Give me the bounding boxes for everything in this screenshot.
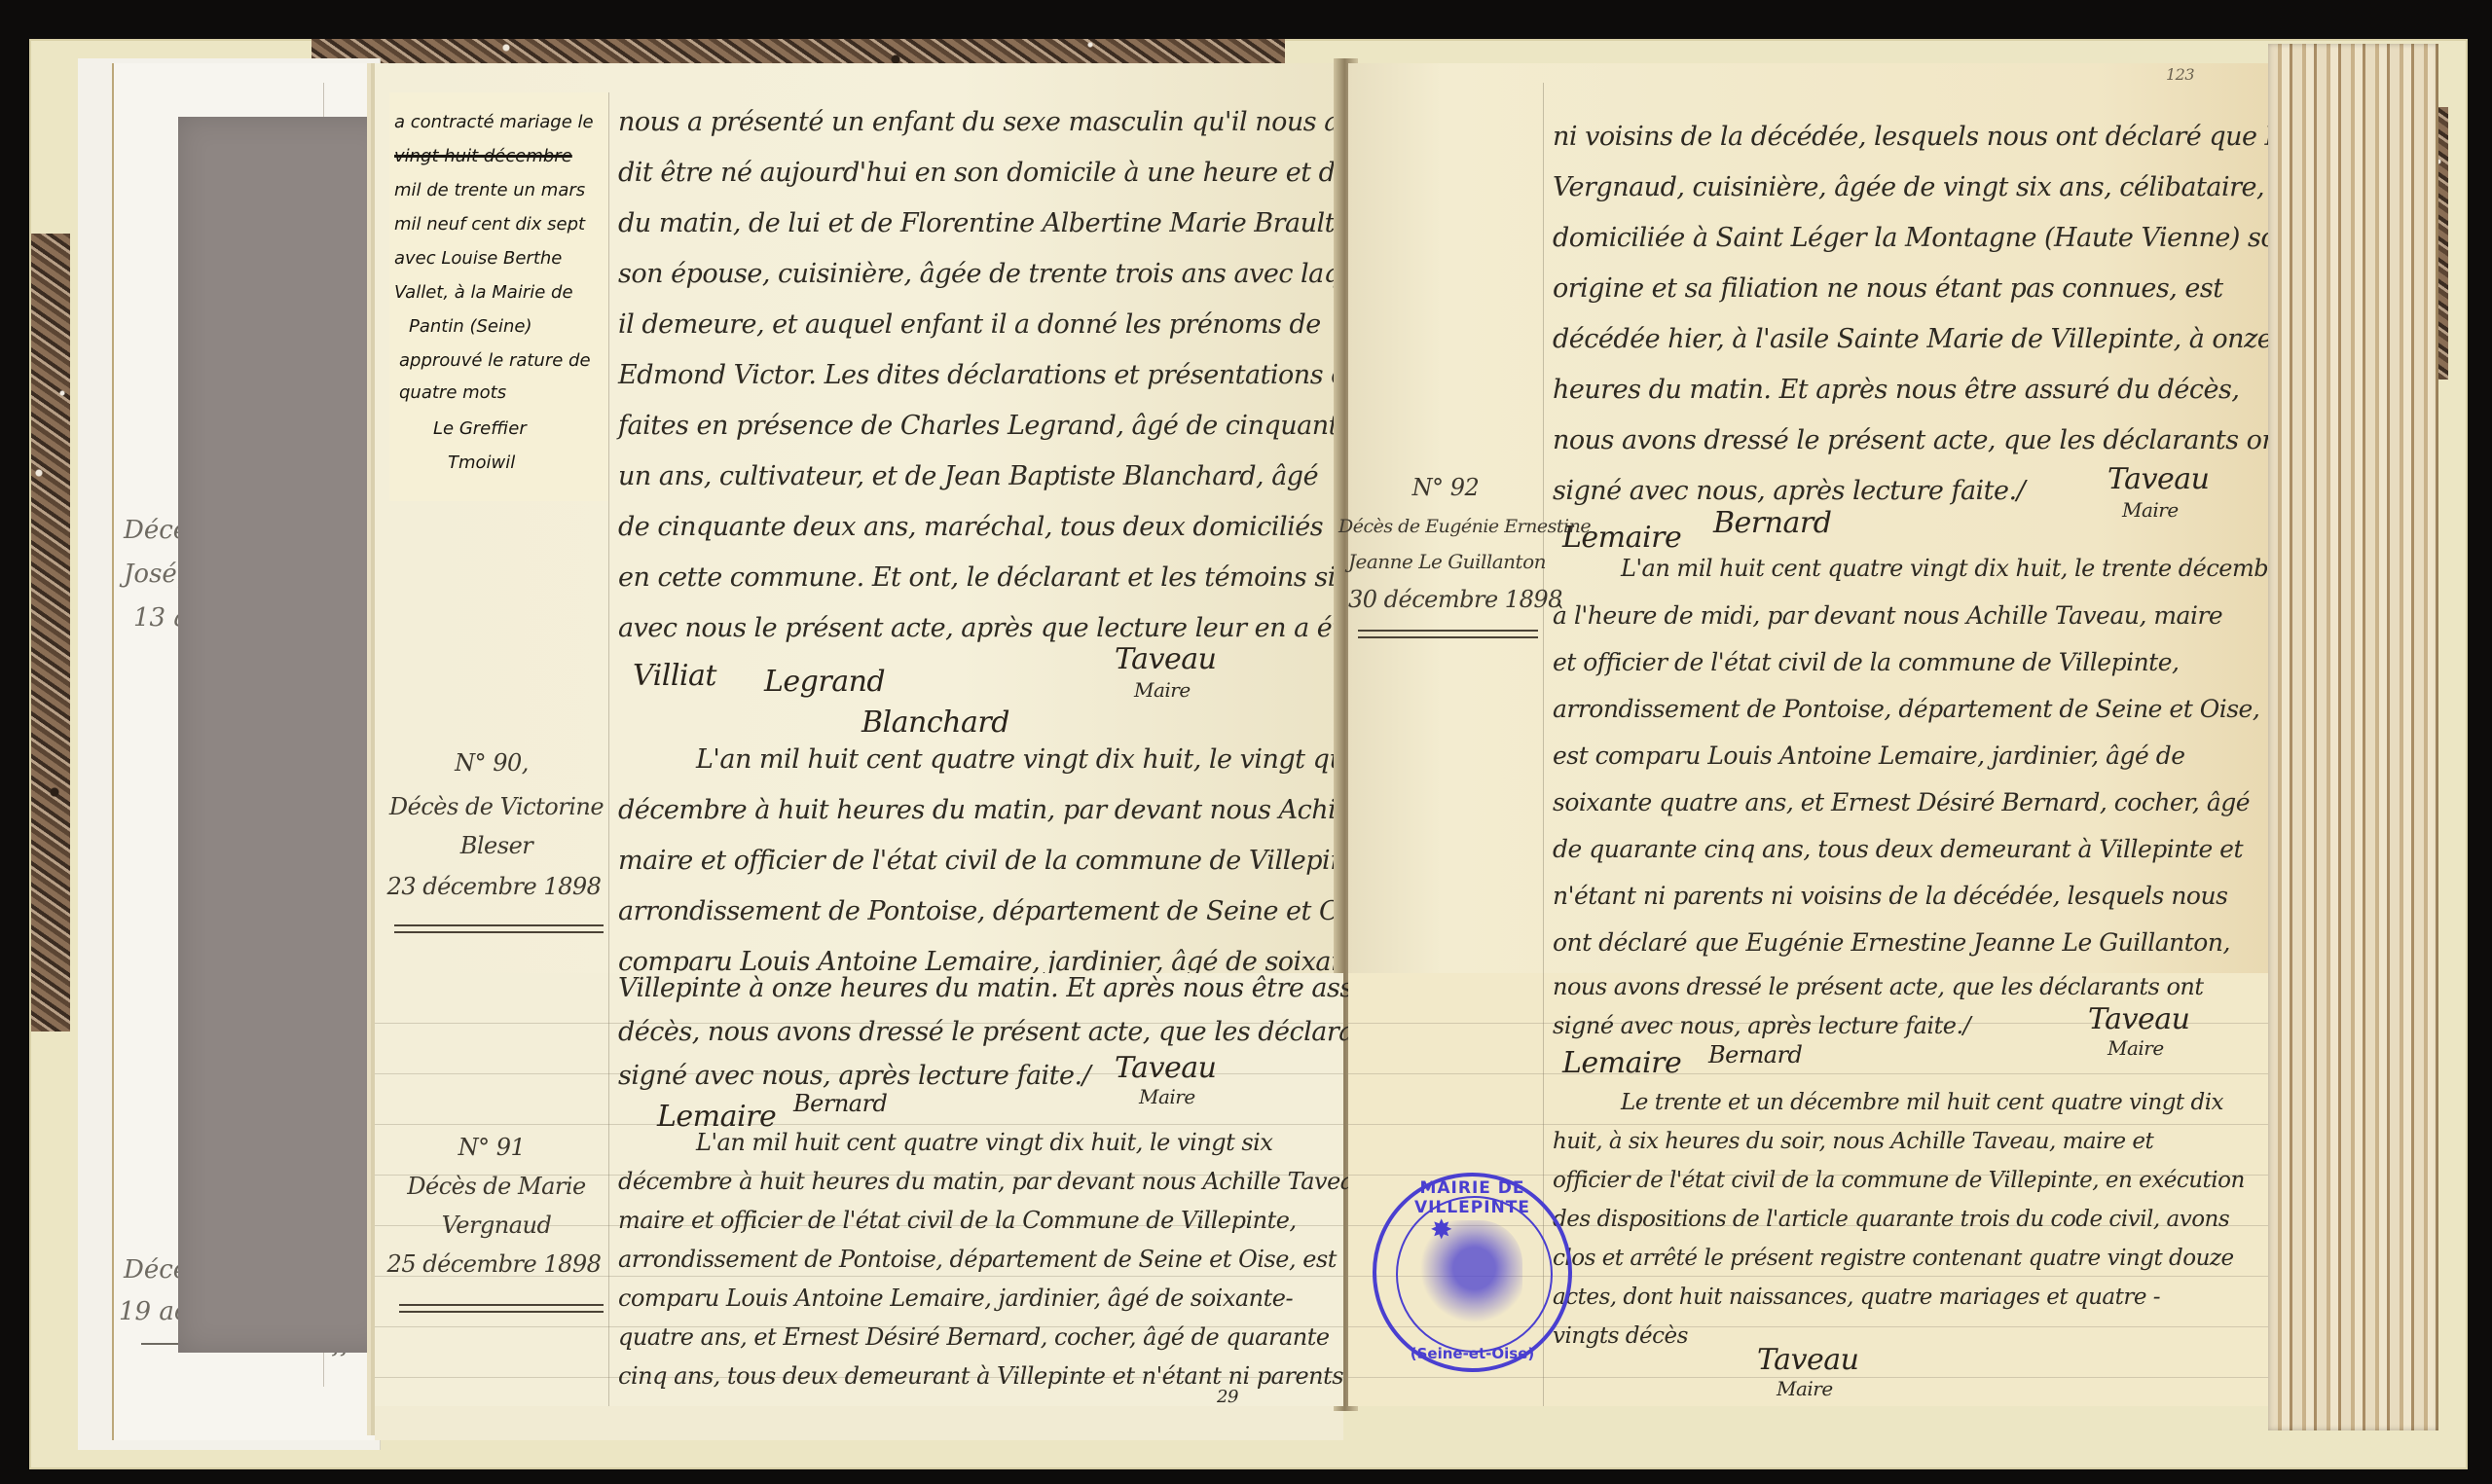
body-line: décembre à huit heures du matin, par dev… bbox=[618, 1168, 1375, 1195]
entry-90-title: Décès de Victorine bbox=[385, 793, 608, 820]
body-line: avec nous le présent acte, après que lec… bbox=[618, 613, 1439, 643]
body-line: du matin, de lui et de Florentine Albert… bbox=[618, 208, 1342, 238]
note-line: a contracté mariage le bbox=[394, 112, 594, 132]
entry-91-date: 25 décembre 1898 bbox=[380, 1250, 608, 1278]
signature-bernard: Bernard bbox=[793, 1090, 887, 1117]
marbled-cover-left bbox=[31, 234, 70, 1032]
note-line: quatre mots bbox=[399, 382, 506, 403]
signature-bernard: Bernard bbox=[1713, 506, 1831, 540]
body-line: L'an mil huit cent quatre vingt dix huit… bbox=[1621, 555, 2292, 582]
folio-mark: 123 bbox=[2166, 65, 2194, 84]
body-line: en cette commune. Et ont, le déclarant e… bbox=[618, 562, 1383, 593]
signature-lemaire: Lemaire bbox=[1562, 1046, 1681, 1080]
page-bottom-edge bbox=[375, 1401, 1343, 1440]
body-line: n'étant ni parents ni voisins de la décé… bbox=[1553, 882, 2227, 910]
body-line: son épouse, cuisinière, âgée de trente t… bbox=[618, 259, 1403, 289]
body-line: il demeure, et auquel enfant il a donné … bbox=[618, 309, 1321, 340]
mairie-stamp: MAIRIE DE VILLEPINTE ✸ (Seine-et-Oise) bbox=[1373, 1173, 1572, 1372]
closing-line: clos et arrêté le présent registre conte… bbox=[1553, 1246, 2234, 1271]
note-line: Vallet, à la Mairie de bbox=[394, 282, 573, 303]
entry-divider bbox=[1358, 630, 1538, 638]
signature-title-maire: Maire bbox=[1134, 678, 1191, 702]
signature-taveau: Taveau bbox=[2107, 462, 2209, 496]
body-line: origine et sa filiation ne nous étant pa… bbox=[1553, 273, 2223, 304]
body-line: un ans, cultivateur, et de Jean Baptiste… bbox=[618, 461, 1318, 491]
marginal-annotation-note: a contracté mariage le vingt huit décemb… bbox=[389, 92, 608, 501]
body-line: décédée hier, à l'asile Sainte Marie de … bbox=[1553, 324, 2272, 354]
body-line: domiciliée à Saint Léger la Montagne (Ha… bbox=[1553, 223, 2292, 253]
page-edge-stack bbox=[2268, 44, 2438, 1430]
body-line: L'an mil huit cent quatre vingt dix huit… bbox=[696, 744, 1398, 775]
closing-line: des dispositions de l'article quarante t… bbox=[1553, 1207, 2229, 1232]
signature-title-maire: Maire bbox=[1139, 1085, 1195, 1108]
body-line: Vergnaud, cuisinière, âgée de vingt six … bbox=[1553, 172, 2264, 202]
body-line: de quarante cinq ans, tous deux demeuran… bbox=[1553, 835, 2243, 863]
star-icon: ✸ bbox=[1430, 1213, 1452, 1246]
body-line: L'an mil huit cent quatre vingt dix huit… bbox=[696, 1129, 1272, 1156]
stamp-bottom-text: (Seine-et-Oise) bbox=[1376, 1345, 1568, 1362]
page-number: 29 bbox=[1217, 1387, 1238, 1407]
body-line: dit être né aujourd'hui en son domicile … bbox=[618, 158, 1398, 188]
body-line: arrondissement de Pontoise, département … bbox=[618, 1246, 1337, 1273]
closing-line: Le trente et un décembre mil huit cent q… bbox=[1621, 1090, 2223, 1115]
body-line: signé avec nous, après lecture faite./ bbox=[1553, 1012, 1970, 1039]
closing-signature-taveau: Taveau bbox=[1757, 1343, 1858, 1377]
signature-villiat: Villiat bbox=[633, 659, 716, 693]
note-line: avec Louise Berthe bbox=[394, 248, 562, 269]
entry-90-date: 23 décembre 1898 bbox=[380, 873, 608, 900]
signature-taveau: Taveau bbox=[1115, 642, 1216, 676]
body-line: cinq ans, tous deux demeurant à Villepin… bbox=[618, 1362, 1343, 1390]
register-page-left-lower: Villepinte à onze heures du matin. Et ap… bbox=[375, 973, 1343, 1406]
body-line: de cinquante deux ans, maréchal, tous de… bbox=[618, 512, 1323, 542]
entry-divider bbox=[399, 1304, 604, 1313]
body-line: comparu Louis Antoine Lemaire, jardinier… bbox=[618, 1285, 1293, 1312]
closing-line: officier de l'état civil de la commune d… bbox=[1553, 1168, 2245, 1193]
body-line: quatre ans, et Ernest Désiré Bernard, co… bbox=[618, 1323, 1330, 1351]
gray-separator-card bbox=[178, 117, 392, 1353]
closing-line: vingts décès bbox=[1553, 1323, 1688, 1349]
body-line: ni voisins de la décédée, lesquels nous … bbox=[1553, 122, 2341, 152]
signature-taveau: Taveau bbox=[2088, 1002, 2189, 1036]
signature-blanchard: Blanchard bbox=[861, 706, 1009, 740]
body-line: soixante quatre ans, et Ernest Désiré Be… bbox=[1553, 788, 2250, 816]
body-line: heures du matin. Et après nous être assu… bbox=[1553, 375, 2239, 405]
entry-90-number: N° 90, bbox=[433, 749, 550, 777]
closing-signature-title: Maire bbox=[1777, 1377, 1833, 1400]
body-line: est comparu Louis Antoine Lemaire, jardi… bbox=[1553, 742, 2185, 770]
entry-91-title: Décès de Marie bbox=[385, 1173, 608, 1200]
body-line: à l'heure de midi, par devant nous Achil… bbox=[1553, 601, 2222, 630]
body-line: maire et officier de l'état civil de la … bbox=[618, 1207, 1297, 1234]
body-line: signé avec nous, après lecture faite./ bbox=[1553, 476, 2025, 506]
body-line: Villepinte à onze heures du matin. Et ap… bbox=[618, 973, 1437, 1003]
body-line: décès, nous avons dressé le présent acte… bbox=[618, 1017, 1444, 1047]
body-line: nous avons dressé le présent acte, que l… bbox=[1553, 973, 2204, 1000]
note-signature: Tmoiwil bbox=[448, 452, 515, 473]
entry-91-number: N° 91 bbox=[433, 1134, 550, 1161]
body-line: ont déclaré que Eugénie Ernestine Jeanne… bbox=[1553, 928, 2230, 957]
note-line: approuvé le rature de bbox=[399, 350, 591, 371]
body-line: Edmond Victor. Les dites déclarations et… bbox=[618, 360, 1421, 390]
body-line: nous a présenté un enfant du sexe mascul… bbox=[618, 107, 1339, 137]
body-line: signé avec nous, après lecture faite./ bbox=[618, 1061, 1090, 1091]
note-line-struck: vingt huit décembre bbox=[394, 146, 572, 166]
signature-title-maire: Maire bbox=[2107, 1036, 2164, 1060]
note-line: mil de trente un mars bbox=[394, 180, 585, 200]
closing-line: huit, à six heures du soir, nous Achille… bbox=[1553, 1129, 2153, 1154]
body-line: et officier de l'état civil de la commun… bbox=[1553, 648, 2179, 676]
note-line: Pantin (Seine) bbox=[409, 316, 532, 337]
closing-line: actes, dont huit naissances, quatre mari… bbox=[1553, 1285, 2160, 1310]
body-line: nous avons dressé le présent acte, que l… bbox=[1553, 425, 2289, 455]
body-line: arrondissement de Pontoise, département … bbox=[1553, 695, 2259, 723]
signature-title-maire: Maire bbox=[2122, 498, 2179, 522]
entry-92-title: Décès de Eugénie Ernestine bbox=[1338, 516, 1543, 537]
body-line: faites en présence de Charles Legrand, â… bbox=[618, 411, 1386, 441]
entry-90-name: Bleser bbox=[385, 832, 608, 859]
entry-92-name: Jeanne Le Guillanton bbox=[1348, 550, 1543, 573]
entry-92-date: 30 décembre 1898 bbox=[1348, 586, 1543, 613]
note-signature-title: Le Greffier bbox=[433, 418, 527, 439]
signature-bernard: Bernard bbox=[1708, 1041, 1802, 1068]
note-line: mil neuf cent dix sept bbox=[394, 214, 585, 235]
signature-taveau: Taveau bbox=[1115, 1051, 1216, 1085]
entry-divider bbox=[394, 924, 604, 933]
signature-legrand: Legrand bbox=[764, 665, 885, 699]
entry-91-name: Vergnaud bbox=[385, 1212, 608, 1239]
body-line: arrondissement de Pontoise, département … bbox=[618, 896, 1430, 926]
body-line: maire et officier de l'état civil de la … bbox=[618, 846, 1379, 876]
entry-92-number: N° 92 bbox=[1387, 474, 1504, 501]
